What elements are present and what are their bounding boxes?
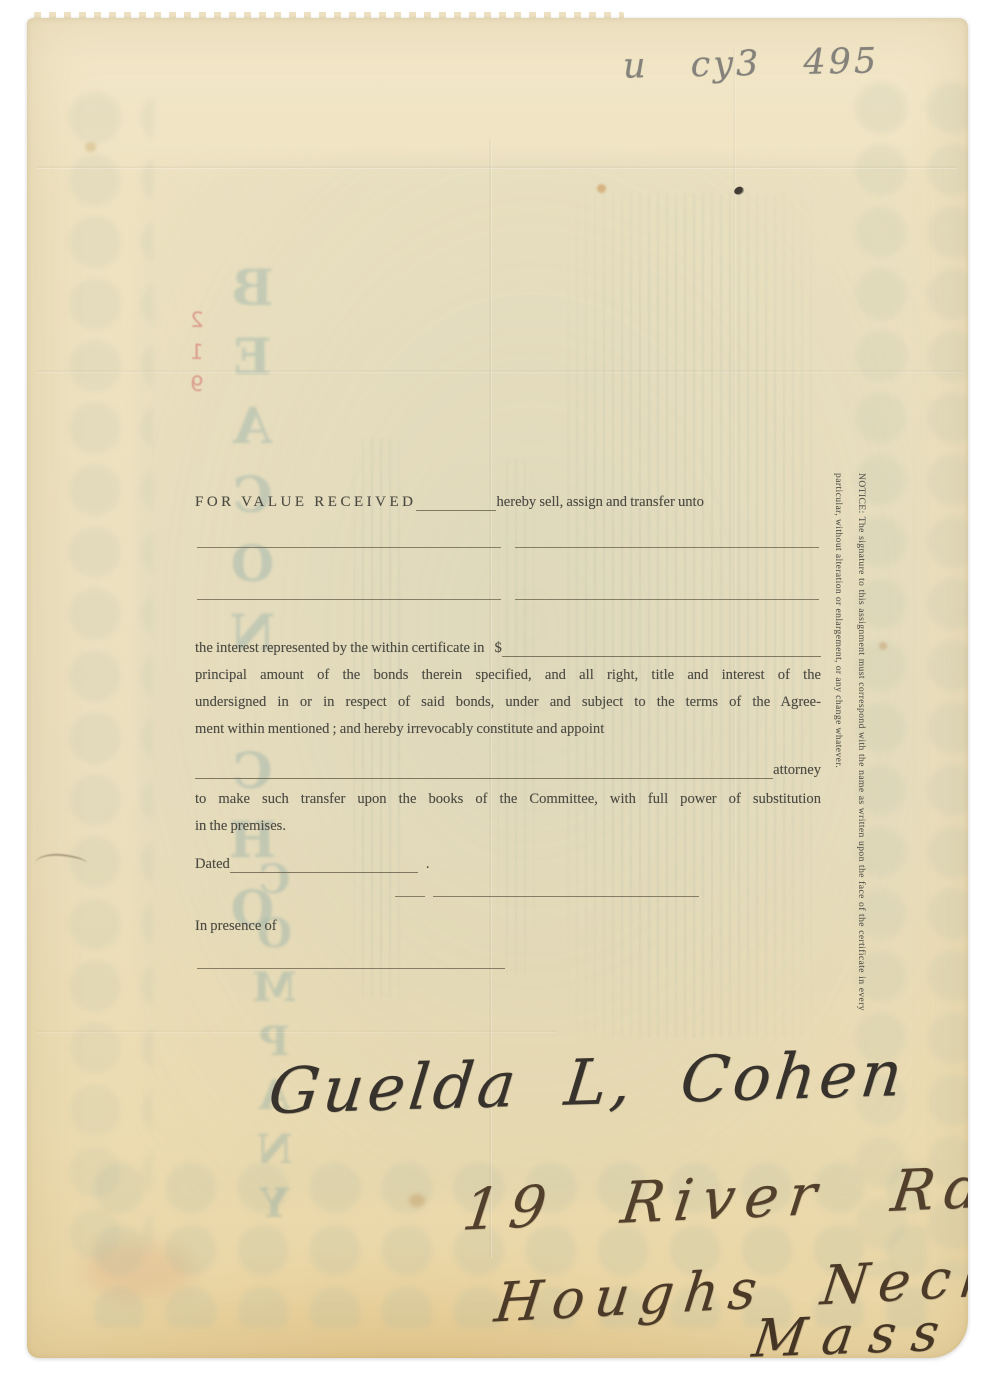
attorney-blank-line: [195, 762, 773, 779]
assignor-blank-line: [416, 494, 496, 511]
handwritten-address-line1: 19 River Rd: [459, 1154, 968, 1243]
fox-stain: [597, 184, 606, 193]
dated-period: .: [426, 856, 430, 873]
fold-crease: [37, 166, 957, 169]
signature-line: [433, 896, 699, 897]
mirrored-red-number-showthrough: 219: [185, 308, 209, 404]
attorney-label: attorney: [773, 762, 821, 779]
signature-line-segment: [395, 896, 425, 897]
certificate-paper: BEACON CHO COMPANY 219 u cy3 495 FOR VAL…: [27, 18, 968, 1358]
body-line-3: ment within mentioned ; and hereby irrev…: [195, 721, 821, 738]
value-received-label: FOR VALUE RECEIVED: [195, 494, 416, 511]
smudge-stain: [82, 1243, 192, 1298]
fold-crease: [37, 1030, 557, 1033]
dated-label: Dated: [195, 856, 230, 873]
fox-stain: [879, 642, 887, 650]
edge-tear-mark: [34, 851, 87, 872]
rule-segment: [197, 546, 501, 548]
border-showthrough-left: [63, 88, 153, 1268]
signature-notice-rotated: NOTICE: The signature to this assignment…: [823, 473, 873, 1011]
rule-segment: [515, 546, 819, 548]
scanned-certificate-back: BEACON CHO COMPANY 219 u cy3 495 FOR VAL…: [0, 0, 1000, 1381]
mirrored-text-column: [567, 193, 817, 1038]
attorney-row: attorney: [195, 762, 821, 779]
date-blank-line: [230, 856, 418, 873]
fold-crease: [733, 48, 736, 878]
rule-segment: [197, 598, 501, 600]
value-received-row: FOR VALUE RECEIVED hereby sell, assign a…: [195, 494, 821, 511]
interest-amount-row: the interest represented by the within c…: [195, 640, 821, 657]
presence-label: In presence of: [195, 918, 821, 935]
rule-segment: [515, 598, 819, 600]
witness-line: [197, 968, 505, 969]
amount-blank-line: [502, 640, 821, 657]
premises-line: in the premises.: [195, 818, 821, 835]
mirrored-title-showthrough-2: COMPANY: [251, 856, 298, 1234]
handwritten-signature: Guelda L, Cohen: [265, 1037, 910, 1128]
assignee-name-line: [197, 546, 819, 548]
pencil-catalog-note: u cy3 495: [623, 41, 880, 86]
fold-crease: [37, 370, 962, 373]
fox-stain: [85, 142, 96, 152]
assignee-address-line: [197, 598, 819, 600]
dated-row: Dated .: [195, 856, 821, 873]
fox-stain: [409, 1194, 425, 1207]
interest-prefix: the interest represented by the within c…: [195, 640, 484, 657]
mirrored-title-showthrough: BEACON CHO: [223, 258, 282, 948]
transfer-clause: hereby sell, assign and transfer unto: [496, 494, 703, 511]
handwritten-address-line3: Mass: [749, 1302, 959, 1358]
dollar-sign: $: [494, 640, 501, 657]
